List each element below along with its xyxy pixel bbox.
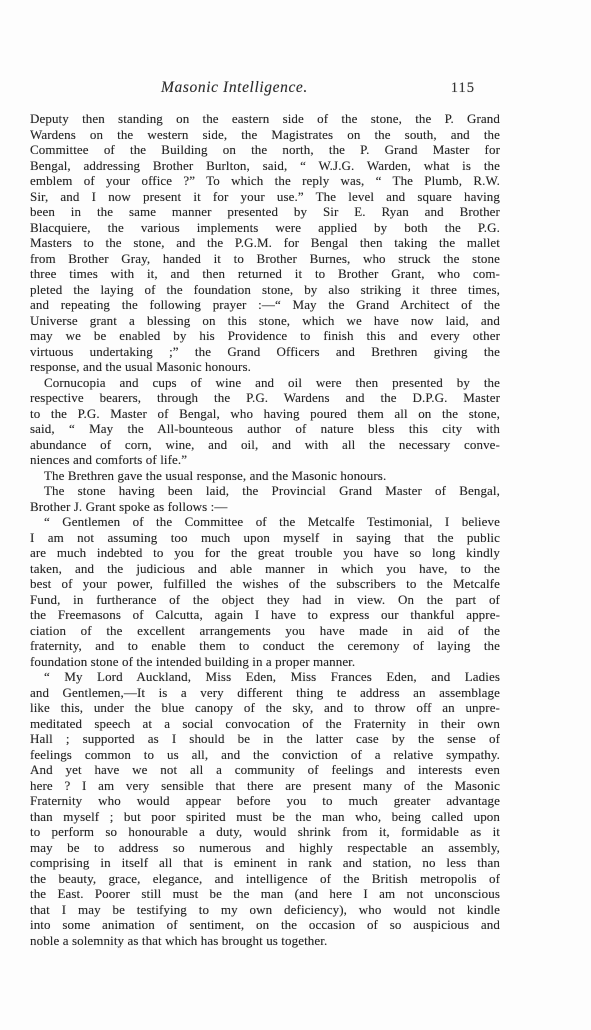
paragraph: “ Gentlemen of the Committee of the Metc…: [30, 514, 500, 669]
text-line: virtuous undertaking ;” the Grand Office…: [30, 344, 500, 360]
text-line: the East. Poorer still must be the man (…: [30, 886, 500, 902]
paragraph: The stone having been laid, the Provinci…: [30, 483, 500, 514]
text-line: Universe grant a blessing on this stone,…: [30, 313, 500, 329]
text-line: Brother J. Grant spoke as follows :—: [30, 499, 500, 515]
page-number: 115: [451, 80, 475, 97]
text-line: The Brethren gave the usual response, an…: [30, 468, 500, 484]
text-line: I am not assuming too much upon myself i…: [30, 530, 500, 546]
text-line: Cornucopia and cups of wine and oil were…: [30, 375, 500, 391]
text-line: to perform so honourable a duty, would s…: [30, 824, 500, 840]
text-line: said, “ May the All-bounteous author of …: [30, 421, 500, 437]
text-line: from Brother Gray, handed it to Brother …: [30, 251, 500, 267]
text-line: than myself ; but poor spirited must be …: [30, 809, 500, 825]
text-line: response, and the usual Masonic honours.: [30, 359, 500, 375]
text-line: abundance of corn, wine, and oil, and wi…: [30, 437, 500, 453]
text-line: that I may be testifying to my own defic…: [30, 902, 500, 918]
paragraph: “ My Lord Auckland, Miss Eden, Miss Fran…: [30, 669, 500, 948]
text-line: meditated speech at a social convocation…: [30, 716, 500, 732]
text-line: foundation stone of the intended buildin…: [30, 654, 500, 670]
text-line: pleted the laying of the foundation ston…: [30, 282, 500, 298]
text-line: comprising in itself all that is eminent…: [30, 855, 500, 871]
text-line: respective bearers, through the P.G. War…: [30, 390, 500, 406]
text-line: Bengal, addressing Brother Burlton, said…: [30, 158, 500, 174]
text-line: Hall ; supported as I should be in the l…: [30, 731, 500, 747]
text-line: Blacquiere, the various implements were …: [30, 220, 500, 236]
text-line: here ? I am very sensible that there are…: [30, 778, 500, 794]
text-line: Committee of the Building on the north, …: [30, 142, 500, 158]
text-line: niences and comforts of life.”: [30, 452, 500, 468]
text-line: the Freemasons of Calcutta, again I have…: [30, 607, 500, 623]
text-line: into some animation of sentiment, on the…: [30, 917, 500, 933]
text-line: and Gentlemen,—It is a very different th…: [30, 685, 500, 701]
text-line: to the P.G. Master of Bengal, who having…: [30, 406, 500, 422]
text-line: Fund, in furtherance of the object they …: [30, 592, 500, 608]
paragraph: Cornucopia and cups of wine and oil were…: [30, 375, 500, 468]
text-line: been in the same manner presented by Sir…: [30, 204, 500, 220]
text-line: fraternity, and to enable them to conduc…: [30, 638, 500, 654]
text-line: Deputy then standing on the eastern side…: [30, 111, 500, 127]
text-line: Wardens on the western side, the Magistr…: [30, 127, 500, 143]
text-line: taken, and the judicious and able manner…: [30, 561, 500, 577]
text-line: best of your power, fulfilled the wishes…: [30, 576, 500, 592]
text-line: Sir, and I now present it for your use.”…: [30, 189, 500, 205]
paragraph: Deputy then standing on the eastern side…: [30, 111, 500, 375]
text-line: are much indebted to you for the great t…: [30, 545, 500, 561]
text-line: may be to address so numerous and highly…: [30, 840, 500, 856]
page-header: Masonic Intelligence. 115: [30, 79, 500, 99]
text-line: “ My Lord Auckland, Miss Eden, Miss Fran…: [30, 669, 500, 685]
text-line: the beauty, grace, elegance, and intelli…: [30, 871, 500, 887]
text-line: three times with it, and then returned i…: [30, 266, 500, 282]
text-line: may we be enabled by his Providence to f…: [30, 328, 500, 344]
text-line: And yet have we not all a community of f…: [30, 762, 500, 778]
text-line: feelings common to us all, and the convi…: [30, 747, 500, 763]
text-line: emblem of your office ?” To which the re…: [30, 173, 500, 189]
text-line: noble a solemnity as that which has brou…: [30, 933, 500, 949]
text-line: ciation of the excellent arrangements yo…: [30, 623, 500, 639]
book-page: Masonic Intelligence. 115 Deputy then st…: [0, 0, 591, 1030]
paragraph: The Brethren gave the usual response, an…: [30, 468, 500, 484]
text-line: “ Gentlemen of the Committee of the Metc…: [30, 514, 500, 530]
page-body: Deputy then standing on the eastern side…: [30, 111, 500, 948]
text-line: like this, under the blue canopy of the …: [30, 700, 500, 716]
text-line: Fraternity who would appear before you t…: [30, 793, 500, 809]
text-line: and repeating the following prayer :—“ M…: [30, 297, 500, 313]
text-line: The stone having been laid, the Provinci…: [30, 483, 500, 499]
text-line: Masters to the stone, and the P.G.M. for…: [30, 235, 500, 251]
running-title: Masonic Intelligence.: [161, 79, 308, 97]
